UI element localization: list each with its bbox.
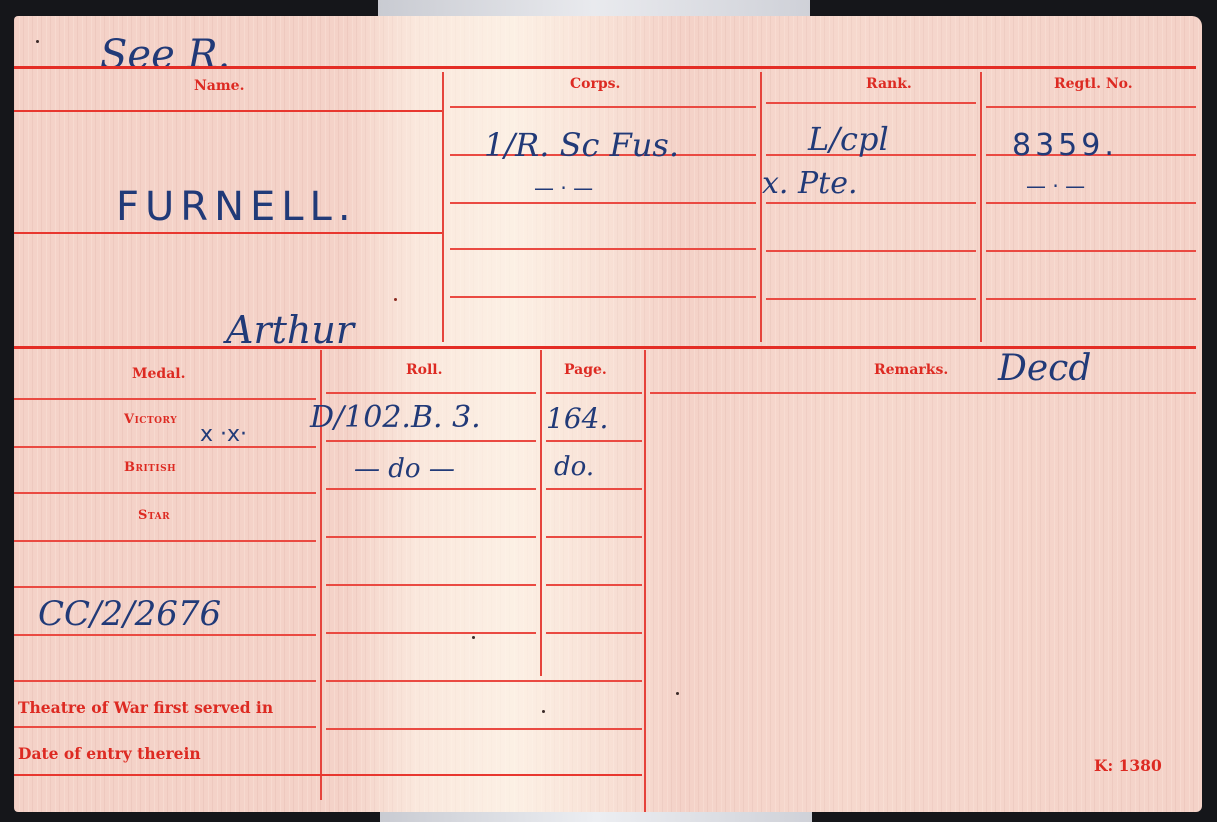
speck [472, 636, 475, 639]
corps-value: 1/R. Sc Fus. [484, 126, 679, 164]
rule-regtl-5 [986, 298, 1196, 300]
divider-name-corps [442, 72, 444, 342]
rule-roll-4 [326, 536, 536, 538]
rule-medal-8 [14, 726, 316, 728]
rule-remarks [650, 392, 1196, 394]
rule-medal-2 [14, 446, 316, 448]
rule-roll-1 [326, 392, 536, 394]
rule-rank-3 [766, 202, 976, 204]
rule-roll-3 [326, 488, 536, 490]
rule-rank-5 [766, 298, 976, 300]
rule-roll-5 [326, 584, 536, 586]
rule-medal-5 [14, 586, 316, 588]
medal-index-card: See R. Name. Corps. Rank. Regtl. No. FUR… [14, 16, 1202, 812]
regtl-no-value: 8359. [1012, 128, 1118, 163]
british-roll: — do — [354, 454, 455, 484]
header-regtl-no: Regtl. No. [1054, 76, 1133, 92]
rule-page-1 [546, 392, 642, 394]
scanner-background-bottom [380, 812, 812, 822]
corps-ditto: — · — [534, 176, 593, 200]
rule-roll-6 [326, 632, 536, 634]
rule-theatre-1 [326, 680, 642, 682]
divider-page-remarks [644, 350, 646, 812]
medal-label-victory: Victory [124, 412, 177, 427]
rule-regtl-1 [986, 106, 1196, 108]
divider-corps-rank [760, 72, 762, 342]
rule-name-2 [14, 232, 442, 234]
victory-roll: D/102.B. 3. [310, 400, 481, 435]
victory-page: 164. [546, 402, 608, 435]
remarks-value: Decd [998, 348, 1091, 389]
speck [676, 692, 679, 695]
rule-corps-4 [450, 248, 756, 250]
header-rank: Rank. [866, 76, 912, 92]
reference-number: CC/2/2676 [38, 594, 221, 634]
rank-value-2: x. Pte. [762, 166, 858, 201]
index-name: See R. [100, 32, 230, 78]
header-page: Page. [564, 362, 607, 378]
regtl-ditto: — · — [1026, 174, 1085, 198]
rule-medal-7 [14, 680, 316, 682]
rule-rank-1 [766, 102, 976, 104]
divider-roll-page [540, 350, 542, 676]
header-name: Name. [194, 78, 244, 94]
header-medal: Medal. [132, 366, 185, 382]
rule-name-1 [14, 110, 442, 112]
rule-medal-3 [14, 492, 316, 494]
rule-page-3 [546, 488, 642, 490]
surname: FURNELL. [116, 184, 357, 230]
british-page: do. [554, 452, 594, 482]
rule-page-2 [546, 440, 642, 442]
form-number: K: 1380 [1094, 756, 1162, 775]
label-date-entry: Date of entry therein [18, 744, 201, 763]
speck [36, 40, 39, 43]
rule-page-4 [546, 536, 642, 538]
rule-rank-4 [766, 250, 976, 252]
rule-page-6 [546, 632, 642, 634]
rank-value-1: L/cpl [808, 120, 889, 158]
victory-check-mark: x ·x· [200, 422, 247, 447]
rule-regtl-3 [986, 202, 1196, 204]
rule-regtl-4 [986, 250, 1196, 252]
rule-roll-2 [326, 440, 536, 442]
rule-page-5 [546, 584, 642, 586]
rule-corps-5 [450, 296, 756, 298]
header-remarks: Remarks. [874, 362, 948, 378]
header-roll: Roll. [406, 362, 442, 378]
speck [394, 298, 397, 301]
rule-corps-1 [450, 106, 756, 108]
medal-label-star: Star [138, 508, 170, 523]
rule-medal-1 [14, 398, 316, 400]
rule-top [14, 66, 1196, 69]
rule-medal-4 [14, 540, 316, 542]
rule-medal-6 [14, 634, 316, 636]
rule-theatre-2 [326, 728, 642, 730]
scanner-background-top [378, 0, 810, 16]
header-corps: Corps. [570, 76, 620, 92]
divider-rank-regtl [980, 72, 982, 342]
speck [542, 710, 545, 713]
rule-bottom [14, 774, 642, 776]
medal-label-british: British [124, 460, 176, 475]
rule-corps-3 [450, 202, 756, 204]
label-theatre: Theatre of War first served in [18, 698, 273, 717]
